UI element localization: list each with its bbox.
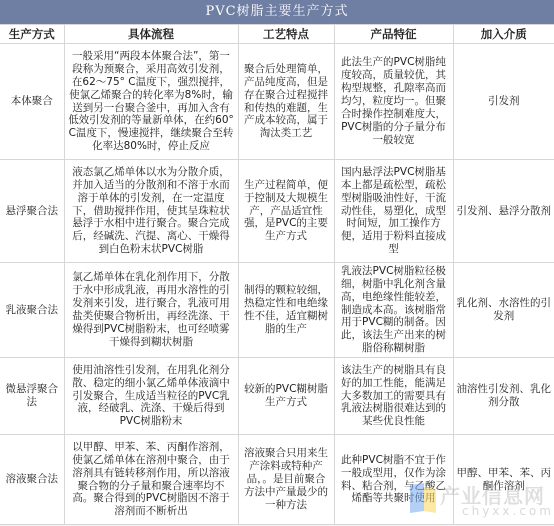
table-row: 悬浮聚合法 液态氯乙烯单体以水为分散介质，并加入适当的分散剂和不溶于水而溶于单体…	[0, 160, 554, 263]
table-row: 溶液聚合法 以甲醇、甲苯、苯、丙酮作溶剂，使氯乙烯单体在溶剂中聚合，由于溶剂具有…	[0, 435, 554, 525]
header-process: 具体流程	[64, 25, 238, 44]
header-product: 产品特征	[334, 25, 453, 44]
header-row: 生产方式 具体流程 工艺特点 产品特征 加入介质	[0, 25, 554, 44]
cell-product: 此法生产的PVC树脂纯度较高，质量较优，其构型规整，孔隙率高而均匀，粒度均一。但…	[334, 44, 453, 160]
cell-product: 此种PVC树脂不宜于作一般成型用，仅作为涂料、粘合剂，与乙酸乙烯酯等共聚时使用	[334, 435, 453, 525]
table-row: 微悬浮聚合法 使用油溶性引发剂，在用乳化剂分散、稳定的细小氯乙烯单体液滴中引发聚…	[0, 358, 554, 435]
cell-features: 生产过程简单，便于控制及大规模生产，产品适宜性强，是PVC的主要生产方式	[238, 160, 334, 263]
cell-method: 微悬浮聚合法	[0, 358, 64, 435]
cell-process: 使用油溶性引发剂，在用乳化剂分散、稳定的细小氯乙烯单体液滴中引发聚合，生成适当粒…	[64, 358, 238, 435]
cell-process: 一般采用“两段本体聚合法”，第一段称为预聚合，采用高效引发剂，在62～75° C…	[64, 44, 238, 160]
cell-process: 液态氯乙烯单体以水为分散介质，并加入适当的分散剂和不溶于水而溶于单体的引发剂，在…	[64, 160, 238, 263]
cell-product: 国内悬浮法PVC树脂基本上都是疏松型，疏松型树脂吸油性好，干流动性佳，易塑化，成…	[334, 160, 453, 263]
cell-medium: 油溶性引发剂、乳化剂分散	[453, 358, 554, 435]
cell-features: 较新的PVC糊树脂生产方式	[238, 358, 334, 435]
pvc-production-table-figure: PVC树脂主要生产方式 生产方式 具体流程 工艺特点 产品特征 加入介质 本体聚…	[0, 0, 554, 524]
cell-medium: 甲醇、甲苯、苯、丙酮作溶剂	[453, 435, 554, 525]
cell-method: 乳液聚合法	[0, 263, 64, 358]
header-features: 工艺特点	[238, 25, 334, 44]
cell-process: 以甲醇、甲苯、苯、丙酮作溶剂，使氯乙烯单体在溶剂中聚合，由于溶剂具有链转移剂作用…	[64, 435, 238, 525]
table-row: 乳液聚合法 氯乙烯单体在乳化剂作用下，分散于水中形成乳液，再用水溶性的引发剂来引…	[0, 263, 554, 358]
table-row: 本体聚合 一般采用“两段本体聚合法”，第一段称为预聚合，采用高效引发剂，在62～…	[0, 44, 554, 160]
header-medium: 加入介质	[453, 25, 554, 44]
cell-features: 聚合后处理简单，产品纯度高，但是存在聚合过程搅拌和传热的难题，生产成本较高，属于…	[238, 44, 334, 160]
header-method: 生产方式	[0, 25, 64, 44]
cell-method: 溶液聚合法	[0, 435, 64, 525]
production-methods-table: 生产方式 具体流程 工艺特点 产品特征 加入介质 本体聚合 一般采用“两段本体聚…	[0, 24, 554, 525]
table-title: PVC树脂主要生产方式	[0, 0, 554, 24]
cell-features: 溶液聚合只用来生产涂料或特种产品，。是目前聚合方法中产量最少的一种方法	[238, 435, 334, 525]
cell-product: 该法生产的树脂具有良好的加工性能，能满足大多数加工的需要具有乳液法树脂很难达到的…	[334, 358, 453, 435]
cell-medium: 引发剂	[453, 44, 554, 160]
cell-method: 本体聚合	[0, 44, 64, 160]
cell-medium: 引发剂、悬浮分散剂	[453, 160, 554, 263]
cell-process: 氯乙烯单体在乳化剂作用下，分散于水中形成乳液，再用水溶性的引发剂来引发，进行聚合…	[64, 263, 238, 358]
cell-medium: 乳化剂、水溶性的引发剂	[453, 263, 554, 358]
cell-method: 悬浮聚合法	[0, 160, 64, 263]
cell-features: 制得的颗粒较细，热稳定性和电绝缘性不佳，适宜糊树脂的生产	[238, 263, 334, 358]
cell-product: 乳液法PVC树脂粒径极细，树脂中乳化剂含量高，电绝缘性能较差，制造成本高。该树脂…	[334, 263, 453, 358]
